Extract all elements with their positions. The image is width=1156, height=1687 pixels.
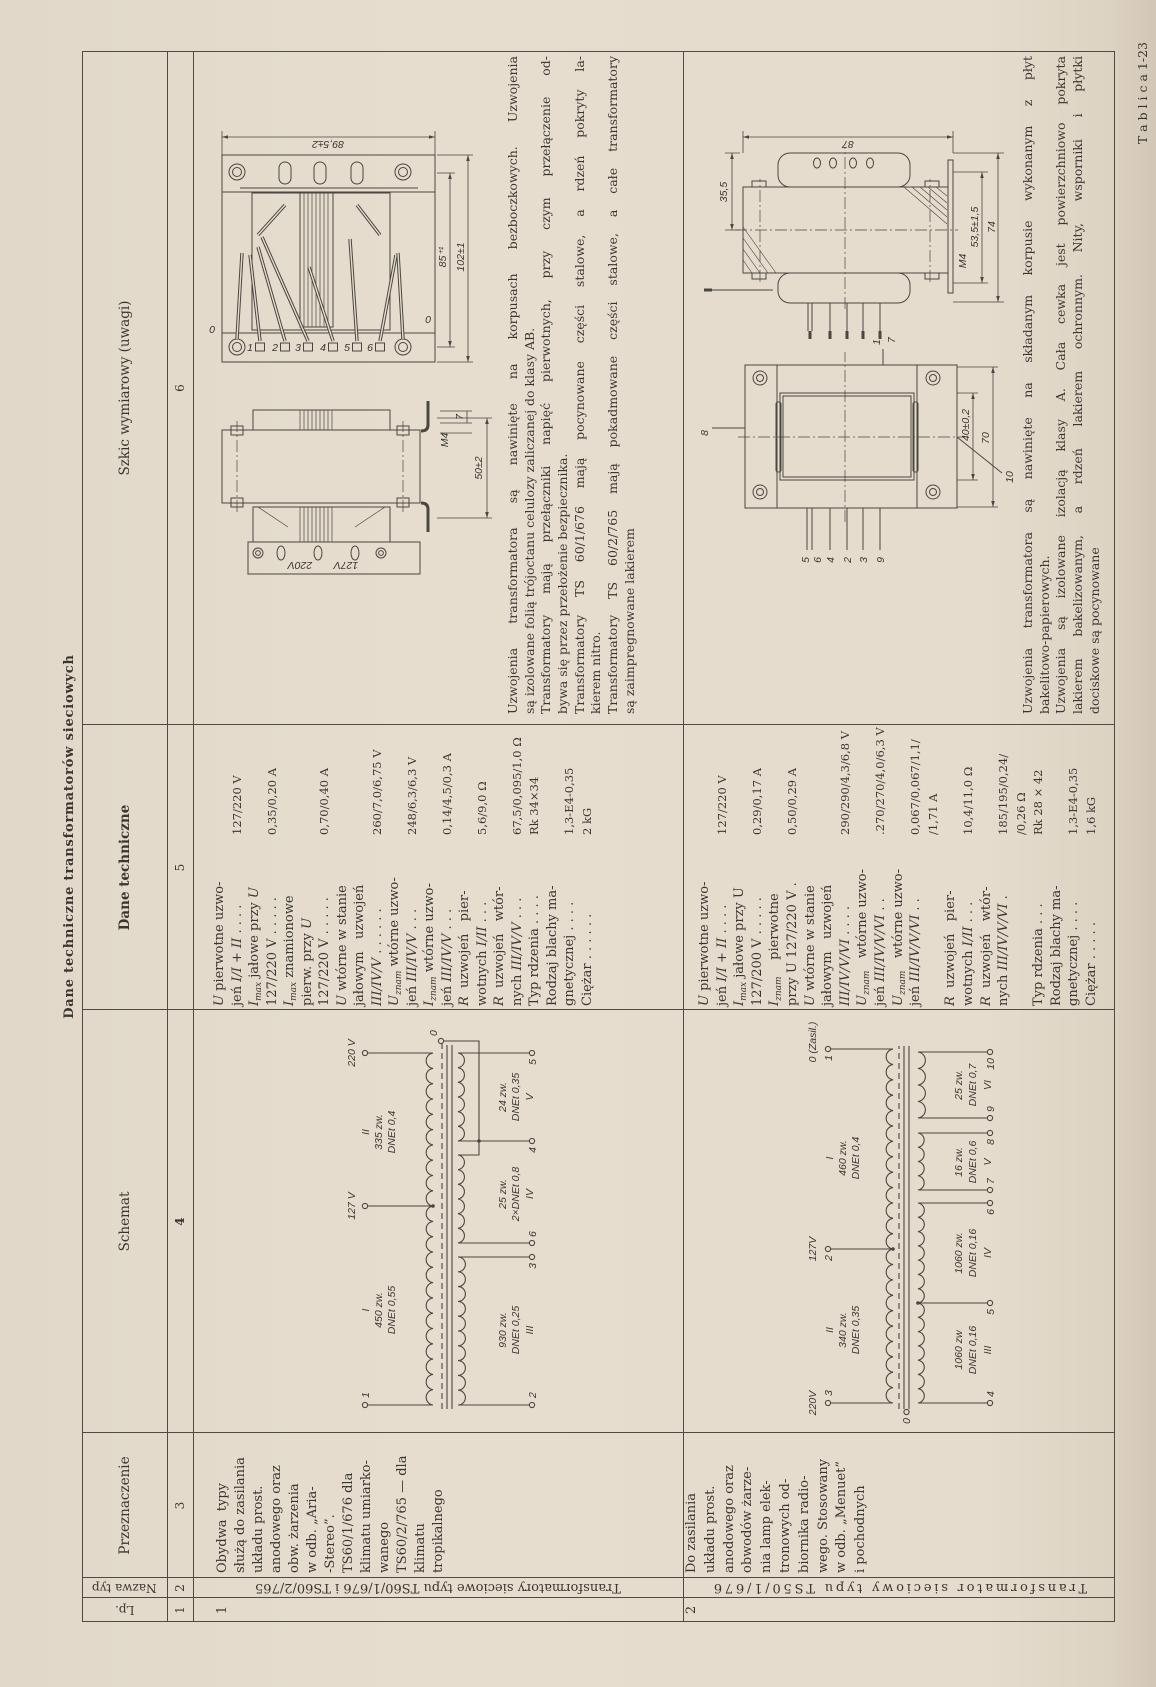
- dimension-label: 87: [841, 138, 854, 150]
- terminal-label: 1: [360, 1392, 372, 1398]
- secondary-coil-vi: [918, 1052, 925, 1118]
- lead-number: 4: [825, 557, 837, 563]
- terminal-label: 7: [985, 1177, 997, 1184]
- winding-turns: 450 zw.: [373, 1292, 385, 1328]
- terminal-label: 2: [823, 1255, 835, 1262]
- winding-wire: DNEt 0,16: [967, 1229, 979, 1278]
- winding-wire: 2×DNEt 0,8: [510, 1167, 522, 1223]
- plate-label: 127V: [333, 559, 359, 571]
- dimension-label: 102±1: [455, 242, 467, 271]
- ground-label: 0: [209, 324, 215, 336]
- lead-number: 5: [800, 557, 812, 563]
- dimension-label: 35,5: [718, 182, 730, 203]
- winding-name: V: [982, 1158, 994, 1166]
- terminal-number: 1: [247, 342, 253, 354]
- winding-wire: DNEt 0,35: [510, 1073, 522, 1122]
- tap-voltage-label: 127 V: [346, 1191, 358, 1219]
- winding-turns: 340 zw.: [837, 1312, 849, 1348]
- winding-turns: 16 zw.: [953, 1147, 965, 1177]
- dimension-label: 85⁺¹: [437, 246, 449, 267]
- rotated-page: Dane techniczne transformatorów sieciowy…: [0, 0, 1156, 1687]
- terminal-label: 5: [527, 1059, 539, 1065]
- winding-wire: DNEt 0,55: [386, 1286, 398, 1335]
- winding-wire: DNEt 0,4: [386, 1111, 398, 1154]
- dimension-label: 53,5±1,5: [969, 206, 981, 247]
- dimension-label: M4: [957, 254, 969, 269]
- terminal-label: 2: [527, 1392, 539, 1399]
- terminal-label: 4: [985, 1391, 997, 1397]
- winding-wire: DNEt 0,16: [967, 1326, 979, 1375]
- lead-number: 9: [875, 557, 887, 563]
- terminal-voltage: 220V: [807, 1390, 819, 1417]
- terminal-number: 3: [295, 342, 301, 354]
- terminal-label: 4: [527, 1147, 539, 1153]
- terminal-label: 3: [527, 1263, 539, 1269]
- terminal-number: 5: [344, 342, 350, 354]
- winding-wire: DNEt 0,7: [967, 1063, 979, 1107]
- dimension-label: 74: [986, 221, 998, 233]
- lead-wires: [712, 349, 1002, 550]
- secondary-coil-v: [458, 1053, 464, 1141]
- winding-name: III: [982, 1346, 994, 1355]
- dimension-label: 70: [980, 432, 992, 444]
- primary-coil: [426, 1053, 433, 1405]
- core: [904, 1046, 909, 1409]
- junction-dots: [891, 1247, 920, 1305]
- terminal-label: 6: [527, 1231, 539, 1237]
- drawings-layer: 1 127 V 220 V 0 I 450 zw. DNEt 0,55 II 3…: [0, 0, 1156, 1687]
- lead-number: 7: [886, 336, 898, 343]
- winding-turns: 25 zw.: [953, 1070, 965, 1101]
- lead-number: 1: [871, 339, 883, 345]
- sketch-ts50: 87 35,5 53,5±1,5 74 M4 40±0,2 70 5 6 4 2…: [699, 131, 1016, 564]
- terminal-voltage: 127V: [807, 1236, 819, 1262]
- winding-wire: DNEt 0,25: [510, 1306, 522, 1355]
- terminal-number: 4: [320, 342, 326, 354]
- lead-number: 3: [858, 557, 870, 563]
- winding-wire: DNEt 0,4: [850, 1137, 862, 1180]
- secondary-coil-iv: [458, 1155, 464, 1243]
- winding-name: III: [524, 1326, 536, 1335]
- primary-coil: [886, 1049, 893, 1403]
- winding-name: I: [360, 1308, 372, 1311]
- lead-number: 6: [812, 557, 824, 563]
- terminal-label: 6: [985, 1209, 997, 1215]
- winding-wire: DNEt 0,35: [850, 1306, 862, 1355]
- terminal-label: 3: [823, 1390, 835, 1396]
- lead-number: 8: [699, 430, 711, 436]
- winding-turns: 930 zw.: [497, 1312, 509, 1348]
- winding-turns: 24 zw.: [497, 1082, 509, 1113]
- core: [447, 1045, 452, 1409]
- winding-turns: 460 zw.: [837, 1140, 849, 1176]
- winding-name: V: [524, 1093, 536, 1101]
- terminal-number: 6: [367, 342, 373, 354]
- plate-label: 220V: [287, 559, 314, 571]
- ground-label: 0: [425, 314, 431, 326]
- dimension-label: M4: [439, 433, 451, 448]
- shield-label: 0: [901, 1418, 913, 1424]
- top-view: [704, 131, 1004, 339]
- lead-number: 10: [1004, 471, 1016, 483]
- winding-turns: 1060 zw: [953, 1329, 965, 1370]
- secondary-coil-iii: [458, 1257, 465, 1405]
- winding-name: I: [824, 1156, 836, 1159]
- dimension-label: 50±2: [473, 456, 485, 479]
- dimension-label: 7: [454, 413, 466, 420]
- schematic-ts60: 1 127 V 220 V 0 I 450 zw. DNEt 0,55 II 3…: [346, 1030, 539, 1409]
- winding-name: IV: [524, 1188, 536, 1199]
- top-view: [222, 131, 473, 362]
- dimension-label: 89,5±2: [312, 138, 344, 150]
- bottom-view: [712, 349, 1002, 550]
- terminal-label: 9: [985, 1106, 997, 1112]
- side-view: [222, 401, 492, 574]
- terminal-label: 8: [985, 1139, 997, 1145]
- sketch-ts60: 220V 127V M4 7 50±2 89,5±2 85⁺¹ 102±1 1 …: [209, 131, 492, 574]
- winding-name: II: [360, 1129, 372, 1135]
- secondary-coil-v: [918, 1133, 924, 1190]
- terminal-label: 5: [985, 1309, 997, 1315]
- winding-turns: 335 zw.: [373, 1114, 385, 1150]
- terminal-label: 10: [985, 1058, 997, 1070]
- winding-name: II: [824, 1327, 836, 1333]
- terminal-voltage: 0 (Zasil.): [807, 1022, 819, 1063]
- junction-dots: [431, 1139, 481, 1208]
- terminal-label: 1: [823, 1055, 835, 1061]
- winding-turns: 1060 zw.: [953, 1232, 965, 1273]
- winding-turns: 25 zw.: [497, 1179, 509, 1210]
- winding-name: VI: [982, 1080, 994, 1090]
- winding-name: IV: [982, 1247, 994, 1258]
- lead-number: 2: [842, 557, 854, 564]
- tap-voltage-label: 220 V: [346, 1038, 358, 1067]
- dimension-label: 40±0,2: [960, 409, 972, 441]
- schematic-ts50: 220V 3 127V 2 0 (Zasil.) 1 0 II 340 zw. …: [807, 1022, 997, 1424]
- shield-label: 0: [428, 1030, 440, 1036]
- winding-wire: DNEt 0,6: [967, 1141, 979, 1184]
- terminal-number: 2: [271, 342, 278, 354]
